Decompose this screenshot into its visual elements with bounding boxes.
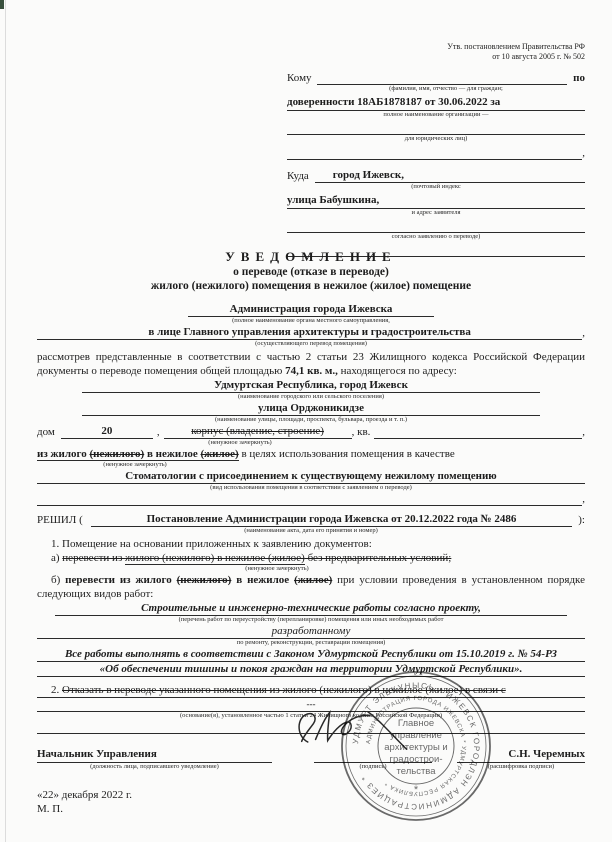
item1b-bold-2: в нежилое (231, 574, 294, 586)
stamp-center-line-2: управление (390, 730, 442, 741)
legal-blank-field (287, 146, 582, 160)
usage-blank-line: , (37, 492, 585, 506)
represented-suffix: , (582, 326, 585, 340)
usage-line: Стоматологии с присоединением к существу… (37, 469, 585, 484)
street-line: улица Орджоникидзе (82, 401, 540, 416)
stamp-center-line-5: тельства (396, 766, 436, 777)
item2-line: 2. Отказать в переводе указанного помеще… (37, 683, 585, 698)
hint-postal: (почтовый индекс (287, 183, 585, 191)
document-page: Утв. постановлением Правительства РФ от … (0, 0, 612, 842)
item1b-struck-1: (нежилого) (177, 574, 232, 586)
where-value: город Ижевск, (315, 169, 585, 184)
building-field: корпус (владение, строение) (164, 424, 352, 439)
works-line-2: разработанному (37, 624, 585, 639)
apt-label: , кв. (352, 425, 371, 439)
from-res-p2: в нежилое (144, 448, 200, 460)
decision-line: РЕШИЛ ( Постановление Администрации горо… (37, 512, 585, 527)
item1b-prefix: б) (51, 574, 65, 586)
legal-blank-line: , (287, 145, 585, 160)
scan-edge-artifact (5, 0, 6, 842)
works-line-3: Все работы выполнять в соответствии с За… (37, 647, 585, 662)
from-res-p1: из жилого (37, 448, 89, 460)
item1a-struck-2: без предварительных условий; (305, 552, 451, 564)
from-residential-line: из жилого (нежилого) в нежилое (жилое) в… (37, 447, 585, 461)
to-line: Кому по (287, 70, 585, 85)
trailing-comma: , (582, 147, 585, 161)
approval-line-2: от 10 августа 2005 г. № 502 (447, 52, 585, 62)
item2-prefix: 2. (51, 684, 62, 696)
to-suffix: по (573, 72, 585, 86)
item1a-line: а) перевести из жилого (нежилого) в нежи… (37, 551, 585, 565)
date-line: «22» декабря 2022 г. (37, 788, 585, 802)
area-value: 74,1 (285, 365, 304, 377)
hint-address: и адрес заявителя (287, 209, 585, 217)
where-line: Куда город Ижевск, (287, 168, 585, 183)
signer-position-col: Начальник Управления (должность лица, по… (37, 747, 272, 771)
represented-line: в лице Главного управления архитектуры и… (37, 325, 585, 340)
street-value: улица Бабушкина, (287, 193, 585, 209)
document-subtitle-2: жилого (нежилого) помещения в нежилое (ж… (37, 279, 585, 293)
address-blank-field (287, 219, 585, 233)
signer-position: Начальник Управления (37, 747, 272, 763)
scan-corner-artifact (0, 0, 4, 9)
hint-position: (должность лица, подписавшего уведомлени… (37, 763, 272, 771)
works-line-4: «Об обеспечении тишины и покоя граждан н… (37, 662, 585, 677)
hint-person: (фамилия, имя, отчество — для граждан; (287, 85, 585, 93)
stamp-center-line-1: Главное (398, 718, 434, 729)
recipient-block: Кому по (фамилия, имя, отчество — для гр… (287, 70, 585, 257)
hint-usage: (вид использования помещения в соответст… (37, 484, 585, 492)
official-stamp: УДМУРТ ЭЛЬКУНЫСЬ * ИЖЕВСК ГОРОДЛЭН АДМИН… (338, 668, 494, 824)
hint-cross-2: (ненужное зачеркнуть) (65, 461, 205, 469)
comma-2: , (582, 425, 585, 439)
works-block: Строительные и инженерно-технические раб… (37, 601, 585, 677)
item1-line: 1. Помещение на основании приложенных к … (37, 537, 585, 551)
hint-performing: (осуществляющего перевод помещения) (37, 340, 585, 348)
item1a-struck-1: перевести из (62, 552, 125, 564)
item1a-prefix: а) (51, 552, 62, 564)
item1b-paragraph: б) перевести из жилого (нежилого) в нежи… (37, 573, 585, 601)
house-label: дом (37, 425, 55, 439)
area-units: кв. м., (307, 365, 338, 377)
hint-org: полное наименование организации — (287, 111, 585, 119)
considered-paragraph: рассмотрев представленные в соответствии… (37, 350, 585, 378)
mp-line: М. П. (37, 802, 585, 816)
decision-label: РЕШИЛ ( (37, 513, 83, 527)
stamp-center-line-4: градострои- (390, 754, 443, 765)
org-blank-field (287, 121, 585, 135)
item1a-struck-underlined: жилого (нежилого) в нежилое (жилое) (125, 552, 305, 565)
hint-cross-3: (ненужное зачеркнуть) (177, 565, 377, 573)
attorney-line: доверенности 18АБ1878187 от 30.06.2022 з… (287, 95, 585, 111)
hint-authority-org: (полное наименование органа местного сам… (37, 317, 585, 325)
from-res-struck-2: (жилое) (201, 448, 239, 460)
comma-3: , (582, 493, 585, 507)
authority-org-line: Администрация города Ижевска (37, 302, 585, 317)
represented-value: в лице Главного управления архитектуры и… (37, 325, 582, 340)
stamp-center-line-3: архитектуры и (384, 742, 447, 753)
to-label: Кому (287, 72, 312, 86)
hint-according: согласно заявлению о переводе) (287, 233, 585, 241)
considered-text-2: находящегося по адресу: (341, 365, 457, 377)
document-subtitle-1: о переводе (отказе в переводе) (37, 265, 585, 279)
hint-works-2: по ремонту, реконструкции, реставрации п… (37, 639, 585, 647)
item1b-bold-1: перевести из жилого (65, 574, 176, 586)
building-label-struck: корпус (владение, строение) (191, 425, 324, 437)
item1b-struck-2: (жилое) (294, 574, 332, 586)
approval-note: Утв. постановлением Правительства РФ от … (447, 42, 585, 62)
works-line-1: Строительные и инженерно-технические раб… (55, 601, 567, 616)
where-label: Куда (287, 170, 309, 184)
document-title: УВЕДОМЛЕНИЕ (37, 249, 585, 265)
decision-suffix: ): (578, 513, 585, 527)
stamp-star: * (414, 784, 419, 796)
from-residential-phrase: из жилого (нежилого) в нежилое (жилое) (37, 448, 239, 461)
hint-legal: для юридических лиц) (287, 135, 585, 143)
decision-value: Постановление Администрации города Ижевс… (91, 512, 573, 527)
comma-1: , (157, 425, 160, 439)
from-res-struck-1: (нежилого) (89, 448, 144, 460)
region-line: Удмуртская Республика, город Ижевск (82, 378, 540, 393)
apt-blank-field (374, 438, 582, 439)
hint-street: (наименование улицы, площади, проспекта,… (37, 416, 585, 424)
authority-org: Администрация города Ижевска (188, 302, 435, 317)
usage-blank-field (37, 492, 582, 506)
hint-cross-1: (ненужное зачеркнуть) (145, 439, 335, 447)
approval-line-1: Утв. постановлением Правительства РФ (447, 42, 585, 52)
house-number-field: 20 (61, 424, 153, 439)
from-res-rest: в целях использования помещения в качест… (239, 448, 455, 460)
hint-settlement: (наименование городского или сельского п… (37, 393, 585, 401)
house-line: дом 20 , корпус (владение, строение) , к… (37, 424, 585, 439)
hint-decision: (наименование акта, дата его принятия и … (37, 527, 585, 535)
hint-works-1: (перечень работ по переустройству (переп… (37, 616, 585, 624)
